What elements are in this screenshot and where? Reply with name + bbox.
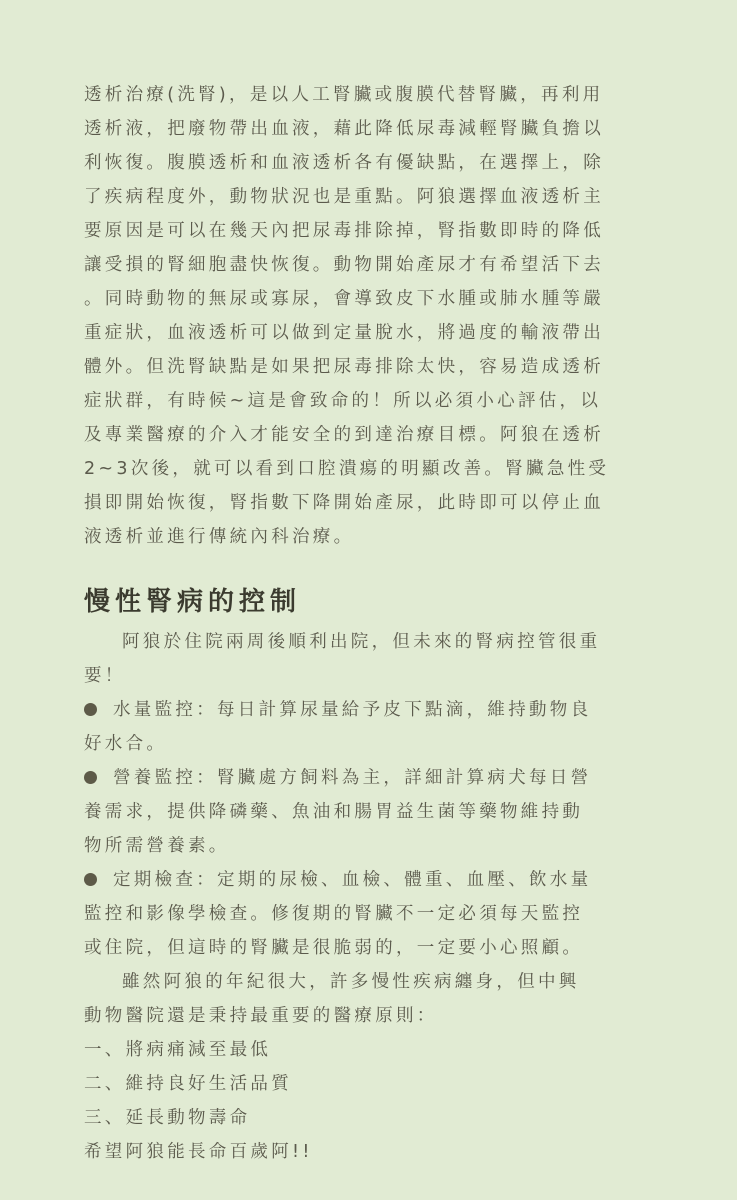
paragraph-line: 動物醫院還是秉持最重要的醫療原則： <box>84 999 624 1033</box>
bullet-text: 好水合。 <box>84 727 624 761</box>
paragraph-line: 重症狀，血液透析可以做到定量脫水，將過度的輸液帶出 <box>84 316 624 350</box>
paragraph-line: 阿狼於住院兩周後順利出院，但未來的腎病控管很重 <box>84 625 624 659</box>
final-wish: 希望阿狼能長命百歲阿!! <box>84 1135 624 1169</box>
bullet-text: 或住院，但這時的腎臟是很脆弱的，一定要小心照顧。 <box>84 931 624 965</box>
paragraph-line: 雖然阿狼的年紀很大，許多慢性疾病纏身，但中興 <box>84 965 624 999</box>
bullet-text: 物所需營養素。 <box>84 829 624 863</box>
bullet-text: 水量監控：每日計算尿量給予皮下點滴，維持動物良 <box>113 700 591 720</box>
principle-item: 二、維持良好生活品質 <box>84 1067 624 1101</box>
principles-list: 一、將病痛減至最低 二、維持良好生活品質 三、延長動物壽命 <box>84 1033 624 1135</box>
paragraph-line: 透析液，把廢物帶出血液，藉此降低尿毒減輕腎臟負擔以 <box>84 112 624 146</box>
bullet-dot-icon <box>84 703 97 716</box>
bullet-dot-icon <box>84 873 97 886</box>
paragraph-line: 損即開始恢復，腎指數下降開始產尿，此時即可以停止血 <box>84 486 624 520</box>
paragraph-line: 液透析並進行傳統內科治療。 <box>84 520 624 554</box>
principle-item: 三、延長動物壽命 <box>84 1101 624 1135</box>
bullet-text: 養需求，提供降磷藥、魚油和腸胃益生菌等藥物維持動 <box>84 795 624 829</box>
paragraph-line: 體外。但洗腎缺點是如果把尿毒排除太快，容易造成透析 <box>84 350 624 384</box>
article-body: 透析治療(洗腎)，是以人工腎臟或腹膜代替腎臟，再利用 透析液，把廢物帶出血液，藉… <box>84 78 624 1169</box>
intro-paragraph: 阿狼於住院兩周後順利出院，但未來的腎病控管很重 要！ <box>84 625 624 693</box>
bullet-dot-icon <box>84 771 97 784</box>
paragraph-line: 及專業醫療的介入才能安全的到達治療目標。阿狼在透析 <box>84 418 624 452</box>
paragraph-line: 讓受損的腎細胞盡快恢復。動物開始產尿才有希望活下去 <box>84 248 624 282</box>
paragraph-line: 要！ <box>84 659 624 693</box>
paragraph-line: 要原因是可以在幾天內把尿毒排除掉，腎指數即時的降低 <box>84 214 624 248</box>
bullet-item-regular-checkup: 定期檢查：定期的尿檢、血檢、體重、血壓、飲水量 監控和影像學檢查。修復期的腎臟不… <box>84 863 624 965</box>
paragraph-line: 透析治療(洗腎)，是以人工腎臟或腹膜代替腎臟，再利用 <box>84 78 624 112</box>
principle-item: 一、將病痛減至最低 <box>84 1033 624 1067</box>
bullet-text: 監控和影像學檢查。修復期的腎臟不一定必須每天監控 <box>84 897 624 931</box>
bullet-text: 營養監控：腎臟處方飼料為主，詳細計算病犬每日營 <box>113 768 591 788</box>
paragraph-line: 利恢復。腹膜透析和血液透析各有優缺點，在選擇上，除 <box>84 146 624 180</box>
paragraph-line: 了疾病程度外，動物狀況也是重點。阿狼選擇血液透析主 <box>84 180 624 214</box>
section-heading-ckd-control: 慢性腎病的控制 <box>84 580 624 624</box>
bullet-item-water-monitoring: 水量監控：每日計算尿量給予皮下點滴，維持動物良 好水合。 <box>84 693 624 761</box>
paragraph-line: 2~3次後，就可以看到口腔潰瘍的明顯改善。腎臟急性受 <box>84 452 624 486</box>
bullet-list: 水量監控：每日計算尿量給予皮下點滴，維持動物良 好水合。 營養監控：腎臟處方飼料… <box>84 693 624 965</box>
dialysis-paragraph: 透析治療(洗腎)，是以人工腎臟或腹膜代替腎臟，再利用 透析液，把廢物帶出血液，藉… <box>84 78 624 554</box>
bullet-item-nutrition-monitoring: 營養監控：腎臟處方飼料為主，詳細計算病犬每日營 養需求，提供降磷藥、魚油和腸胃益… <box>84 761 624 863</box>
closing-paragraph: 雖然阿狼的年紀很大，許多慢性疾病纏身，但中興 動物醫院還是秉持最重要的醫療原則： <box>84 965 624 1033</box>
paragraph-line: 。同時動物的無尿或寡尿，會導致皮下水腫或肺水腫等嚴 <box>84 282 624 316</box>
bullet-text: 定期檢查：定期的尿檢、血檢、體重、血壓、飲水量 <box>113 870 591 890</box>
article-page: 透析治療(洗腎)，是以人工腎臟或腹膜代替腎臟，再利用 透析液，把廢物帶出血液，藉… <box>0 0 737 1200</box>
paragraph-line: 症狀群，有時候~這是會致命的！所以必須小心評估，以 <box>84 384 624 418</box>
